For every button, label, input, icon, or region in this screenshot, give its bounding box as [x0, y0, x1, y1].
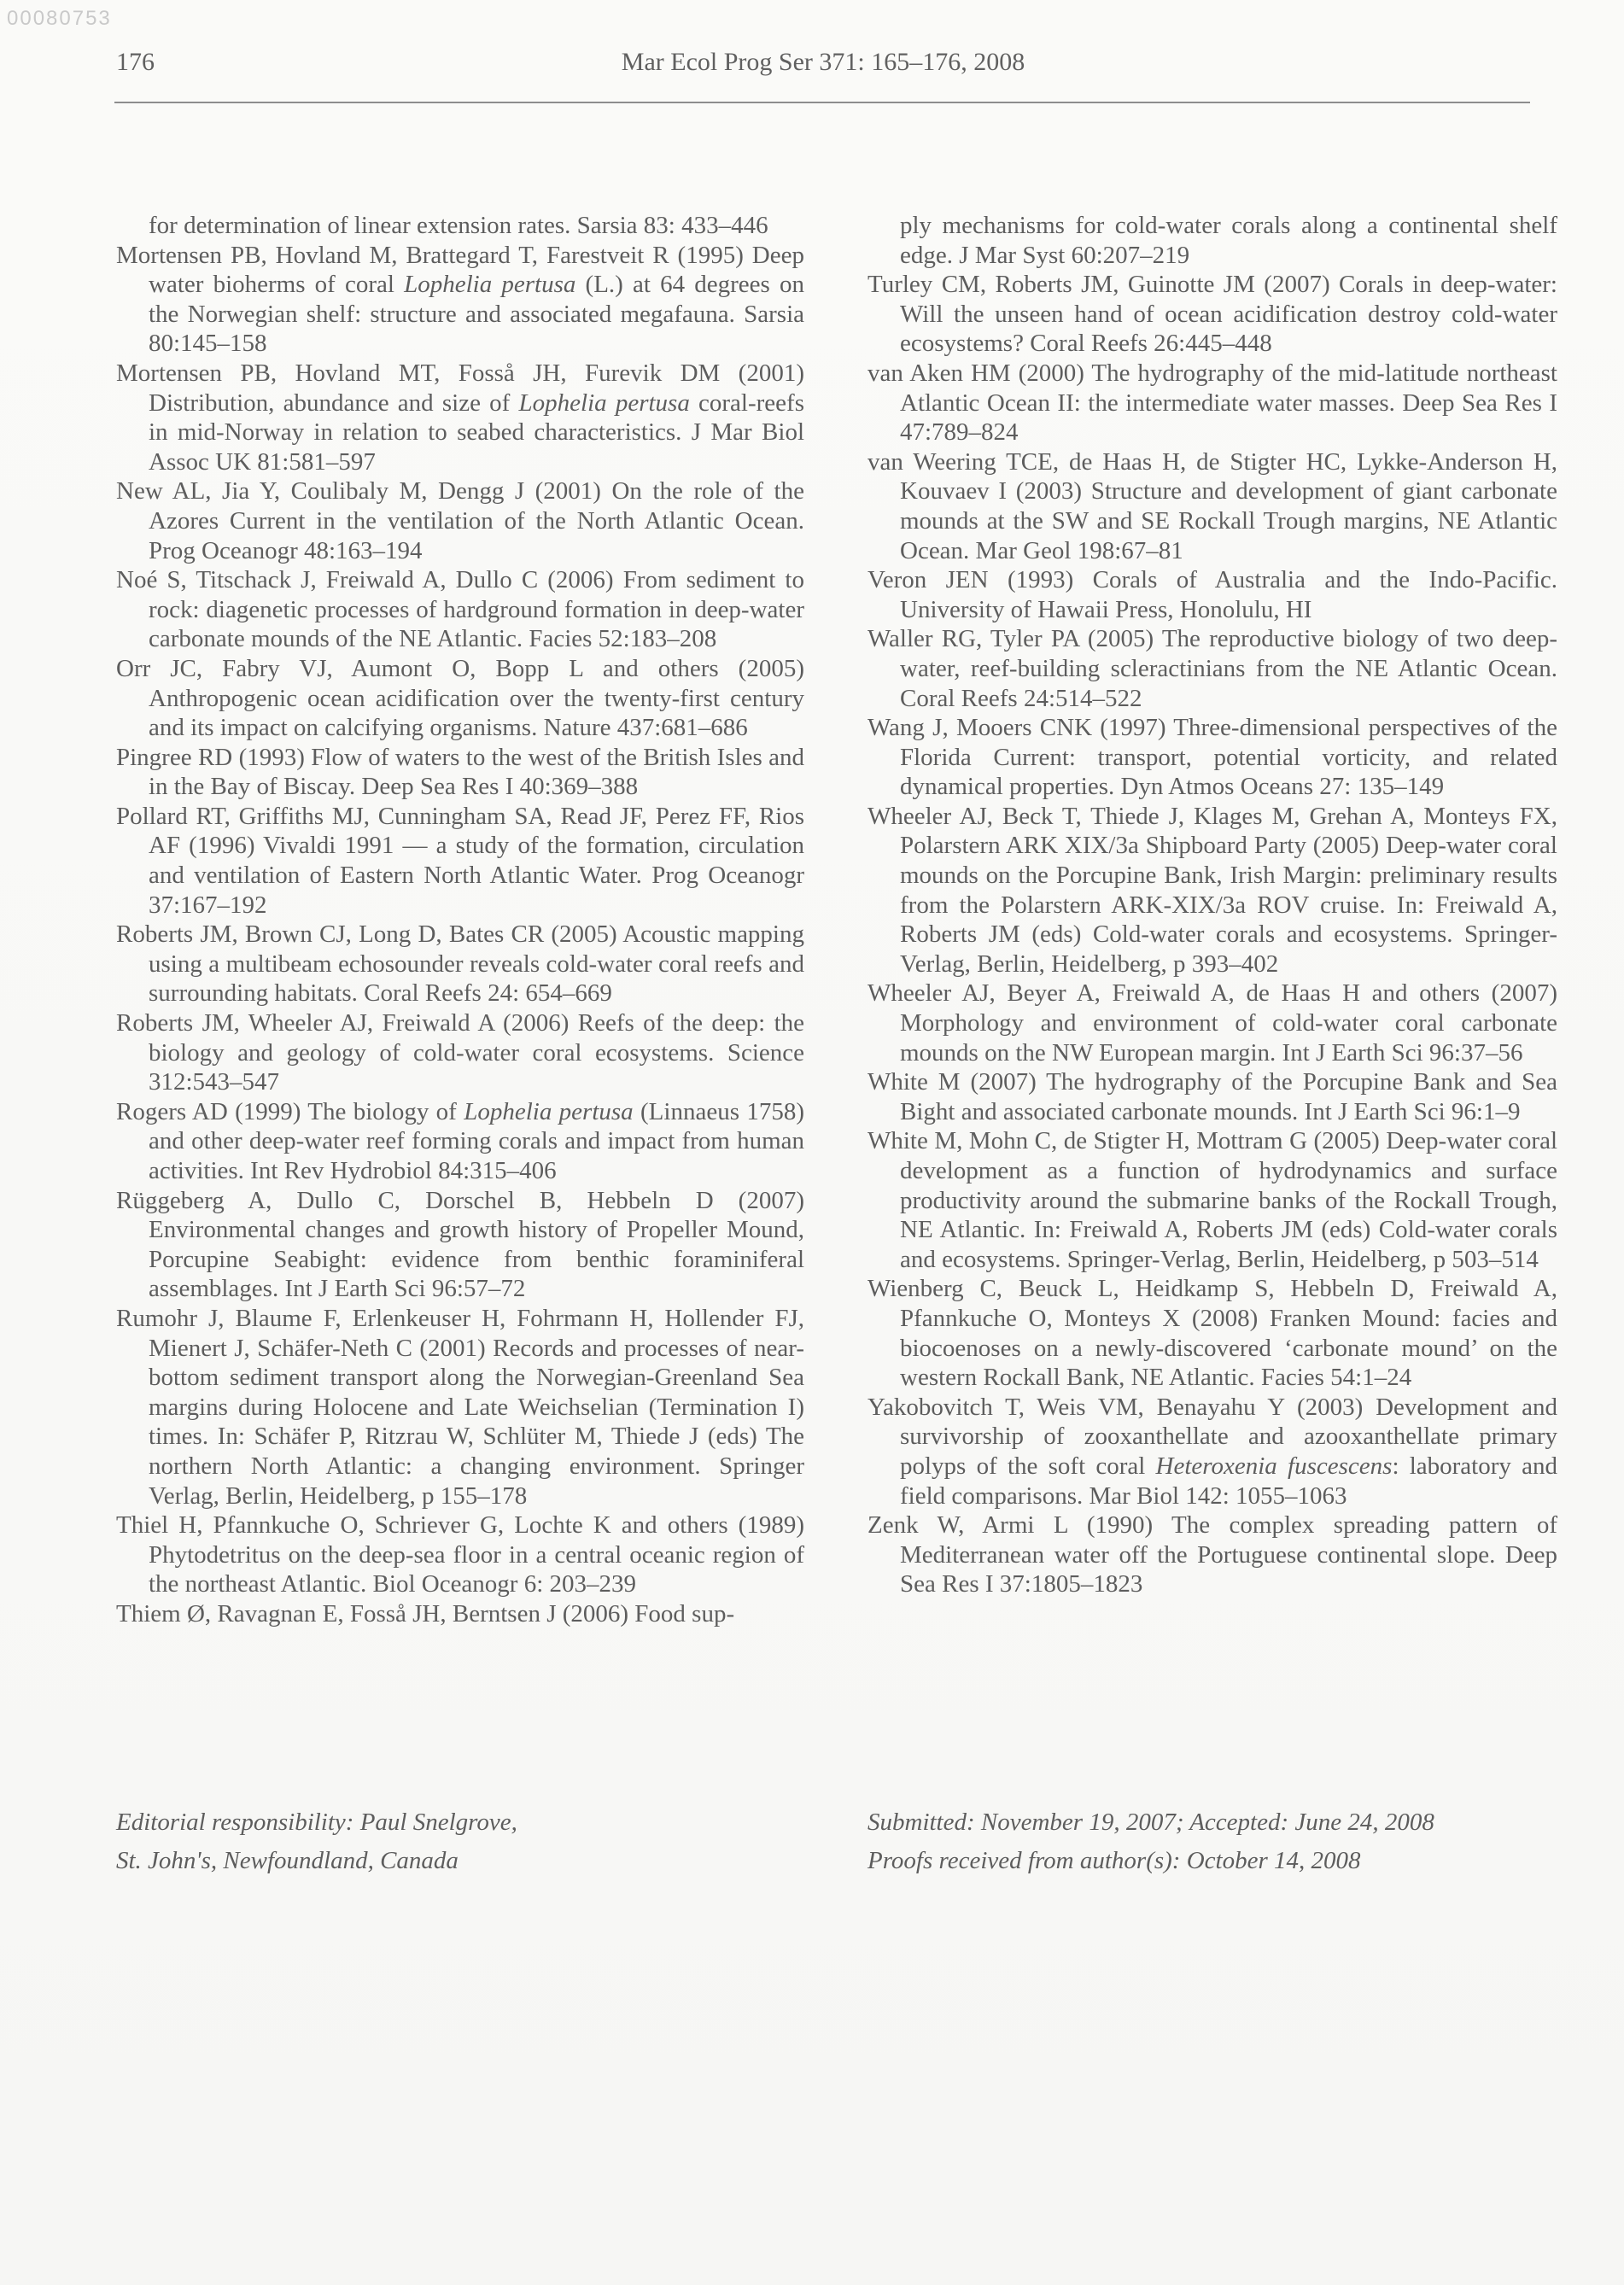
editorial-responsibility-line: St. John's, Newfoundland, Canada — [116, 1842, 517, 1880]
reference-text: New AL, Jia Y, Coulibaly M, Dengg J (200… — [116, 477, 804, 564]
reference-item: White M, Mohn C, de Stigter H, Mottram G… — [867, 1126, 1557, 1274]
species-name-italic: Lophelia pertusa — [519, 389, 690, 417]
editorial-responsibility-line: Editorial responsibility: Paul Snelgrove… — [116, 1803, 517, 1842]
submission-dates-line: Submitted: November 19, 2007; Accepted: … — [867, 1803, 1434, 1842]
reference-text: Roberts JM, Wheeler AJ, Freiwald A (2006… — [116, 1009, 804, 1096]
reference-item: Zenk W, Armi L (1990) The complex spread… — [867, 1511, 1557, 1599]
reference-text: Turley CM, Roberts JM, Guinotte JM (2007… — [867, 271, 1557, 357]
references-left-column: for determination of linear extension ra… — [116, 211, 804, 1629]
reference-text: Pollard RT, Griffiths MJ, Cunningham SA,… — [116, 803, 804, 919]
running-head-journal-citation: Mar Ecol Prog Ser 371: 165–176, 2008 — [116, 48, 1530, 77]
reference-text: Noé S, Titschack J, Freiwald A, Dullo C … — [116, 566, 804, 652]
reference-text: White M (2007) The hydrography of the Po… — [867, 1068, 1557, 1125]
reference-text: Wienberg C, Beuck L, Heidkamp S, Hebbeln… — [867, 1275, 1557, 1391]
references-right-column: ply mechanisms for cold-water corals alo… — [867, 211, 1557, 1599]
reference-text: van Aken HM (2000) The hydrography of th… — [867, 359, 1557, 446]
reference-text: ply mechanisms for cold-water corals alo… — [900, 212, 1557, 269]
reference-text: Wheeler AJ, Beck T, Thiede J, Klages M, … — [867, 803, 1557, 978]
reference-item: White M (2007) The hydrography of the Po… — [867, 1067, 1557, 1126]
reference-item: Wang J, Mooers CNK (1997) Three-dimensio… — [867, 713, 1557, 802]
submission-dates: Submitted: November 19, 2007; Accepted: … — [867, 1803, 1434, 1880]
reference-item: ply mechanisms for cold-water corals alo… — [867, 211, 1557, 270]
reference-text: for determination of linear extension ra… — [149, 212, 768, 239]
reference-text: Thiem Ø, Ravagnan E, Fosså JH, Berntsen … — [116, 1600, 734, 1628]
reference-text: Orr JC, Fabry VJ, Aumont O, Bopp L and o… — [116, 655, 804, 741]
reference-text: Rumohr J, Blaume F, Erlenkeuser H, Fohrm… — [116, 1305, 804, 1510]
reference-item: Wheeler AJ, Beck T, Thiede J, Klages M, … — [867, 802, 1557, 979]
reference-item: Orr JC, Fabry VJ, Aumont O, Bopp L and o… — [116, 654, 804, 743]
reference-text: Wang J, Mooers CNK (1997) Three-dimensio… — [867, 714, 1557, 800]
reference-text: Rogers AD (1999) The biology of — [116, 1098, 464, 1125]
species-name-italic: Lophelia pertusa — [404, 271, 575, 298]
reference-item: New AL, Jia Y, Coulibaly M, Dengg J (200… — [116, 476, 804, 565]
reference-text: White M, Mohn C, de Stigter H, Mottram G… — [867, 1127, 1557, 1272]
reference-text: Roberts JM, Brown CJ, Long D, Bates CR (… — [116, 920, 804, 1007]
species-name-italic: Lophelia pertusa — [464, 1098, 633, 1125]
reference-text: Thiel H, Pfannkuche O, Schriever G, Loch… — [116, 1511, 804, 1598]
reference-item: Turley CM, Roberts JM, Guinotte JM (2007… — [867, 270, 1557, 359]
editorial-responsibility: Editorial responsibility: Paul Snelgrove… — [116, 1803, 517, 1880]
reference-item: Roberts JM, Brown CJ, Long D, Bates CR (… — [116, 920, 804, 1008]
reference-item: Mortensen PB, Hovland MT, Fosså JH, Fure… — [116, 359, 804, 476]
reference-text: van Weering TCE, de Haas H, de Stigter H… — [867, 448, 1557, 564]
reference-item: Roberts JM, Wheeler AJ, Freiwald A (2006… — [116, 1008, 804, 1097]
reference-item: Wienberg C, Beuck L, Heidkamp S, Hebbeln… — [867, 1274, 1557, 1392]
submission-dates-line: Proofs received from author(s): October … — [867, 1842, 1434, 1880]
reference-item: van Weering TCE, de Haas H, de Stigter H… — [867, 447, 1557, 565]
journal-page: 00080753 176 Mar Ecol Prog Ser 371: 165–… — [0, 0, 1624, 2285]
reference-item: Rogers AD (1999) The biology of Lophelia… — [116, 1097, 804, 1186]
scan-artifact-number: 00080753 — [7, 7, 112, 31]
reference-item: Rüggeberg A, Dullo C, Dorschel B, Hebbel… — [116, 1186, 804, 1304]
reference-item: Noé S, Titschack J, Freiwald A, Dullo C … — [116, 565, 804, 654]
reference-item: van Aken HM (2000) The hydrography of th… — [867, 359, 1557, 447]
reference-item: Pingree RD (1993) Flow of waters to the … — [116, 743, 804, 802]
reference-item: Thiel H, Pfannkuche O, Schriever G, Loch… — [116, 1511, 804, 1599]
reference-item: Thiem Ø, Ravagnan E, Fosså JH, Berntsen … — [116, 1599, 804, 1629]
reference-item: Waller RG, Tyler PA (2005) The reproduct… — [867, 624, 1557, 713]
reference-text: Pingree RD (1993) Flow of waters to the … — [116, 744, 804, 801]
reference-item: Wheeler AJ, Beyer A, Freiwald A, de Haas… — [867, 979, 1557, 1067]
reference-item: Rumohr J, Blaume F, Erlenkeuser H, Fohrm… — [116, 1304, 804, 1511]
species-name-italic: Heteroxenia fuscescens — [1156, 1452, 1393, 1480]
reference-text: Veron JEN (1993) Corals of Australia and… — [867, 566, 1557, 623]
reference-item: Pollard RT, Griffiths MJ, Cunningham SA,… — [116, 802, 804, 920]
reference-text: Wheeler AJ, Beyer A, Freiwald A, de Haas… — [867, 979, 1557, 1066]
reference-text: Waller RG, Tyler PA (2005) The reproduct… — [867, 625, 1557, 711]
reference-item: Yakobovitch T, Weis VM, Benayahu Y (2003… — [867, 1393, 1557, 1511]
reference-item: Mortensen PB, Hovland M, Brattegard T, F… — [116, 241, 804, 359]
reference-item: for determination of linear extension ra… — [116, 211, 804, 241]
reference-text: Zenk W, Armi L (1990) The complex spread… — [867, 1511, 1557, 1598]
header-rule — [114, 102, 1530, 103]
reference-item: Veron JEN (1993) Corals of Australia and… — [867, 565, 1557, 624]
reference-text: Rüggeberg A, Dullo C, Dorschel B, Hebbel… — [116, 1187, 804, 1303]
